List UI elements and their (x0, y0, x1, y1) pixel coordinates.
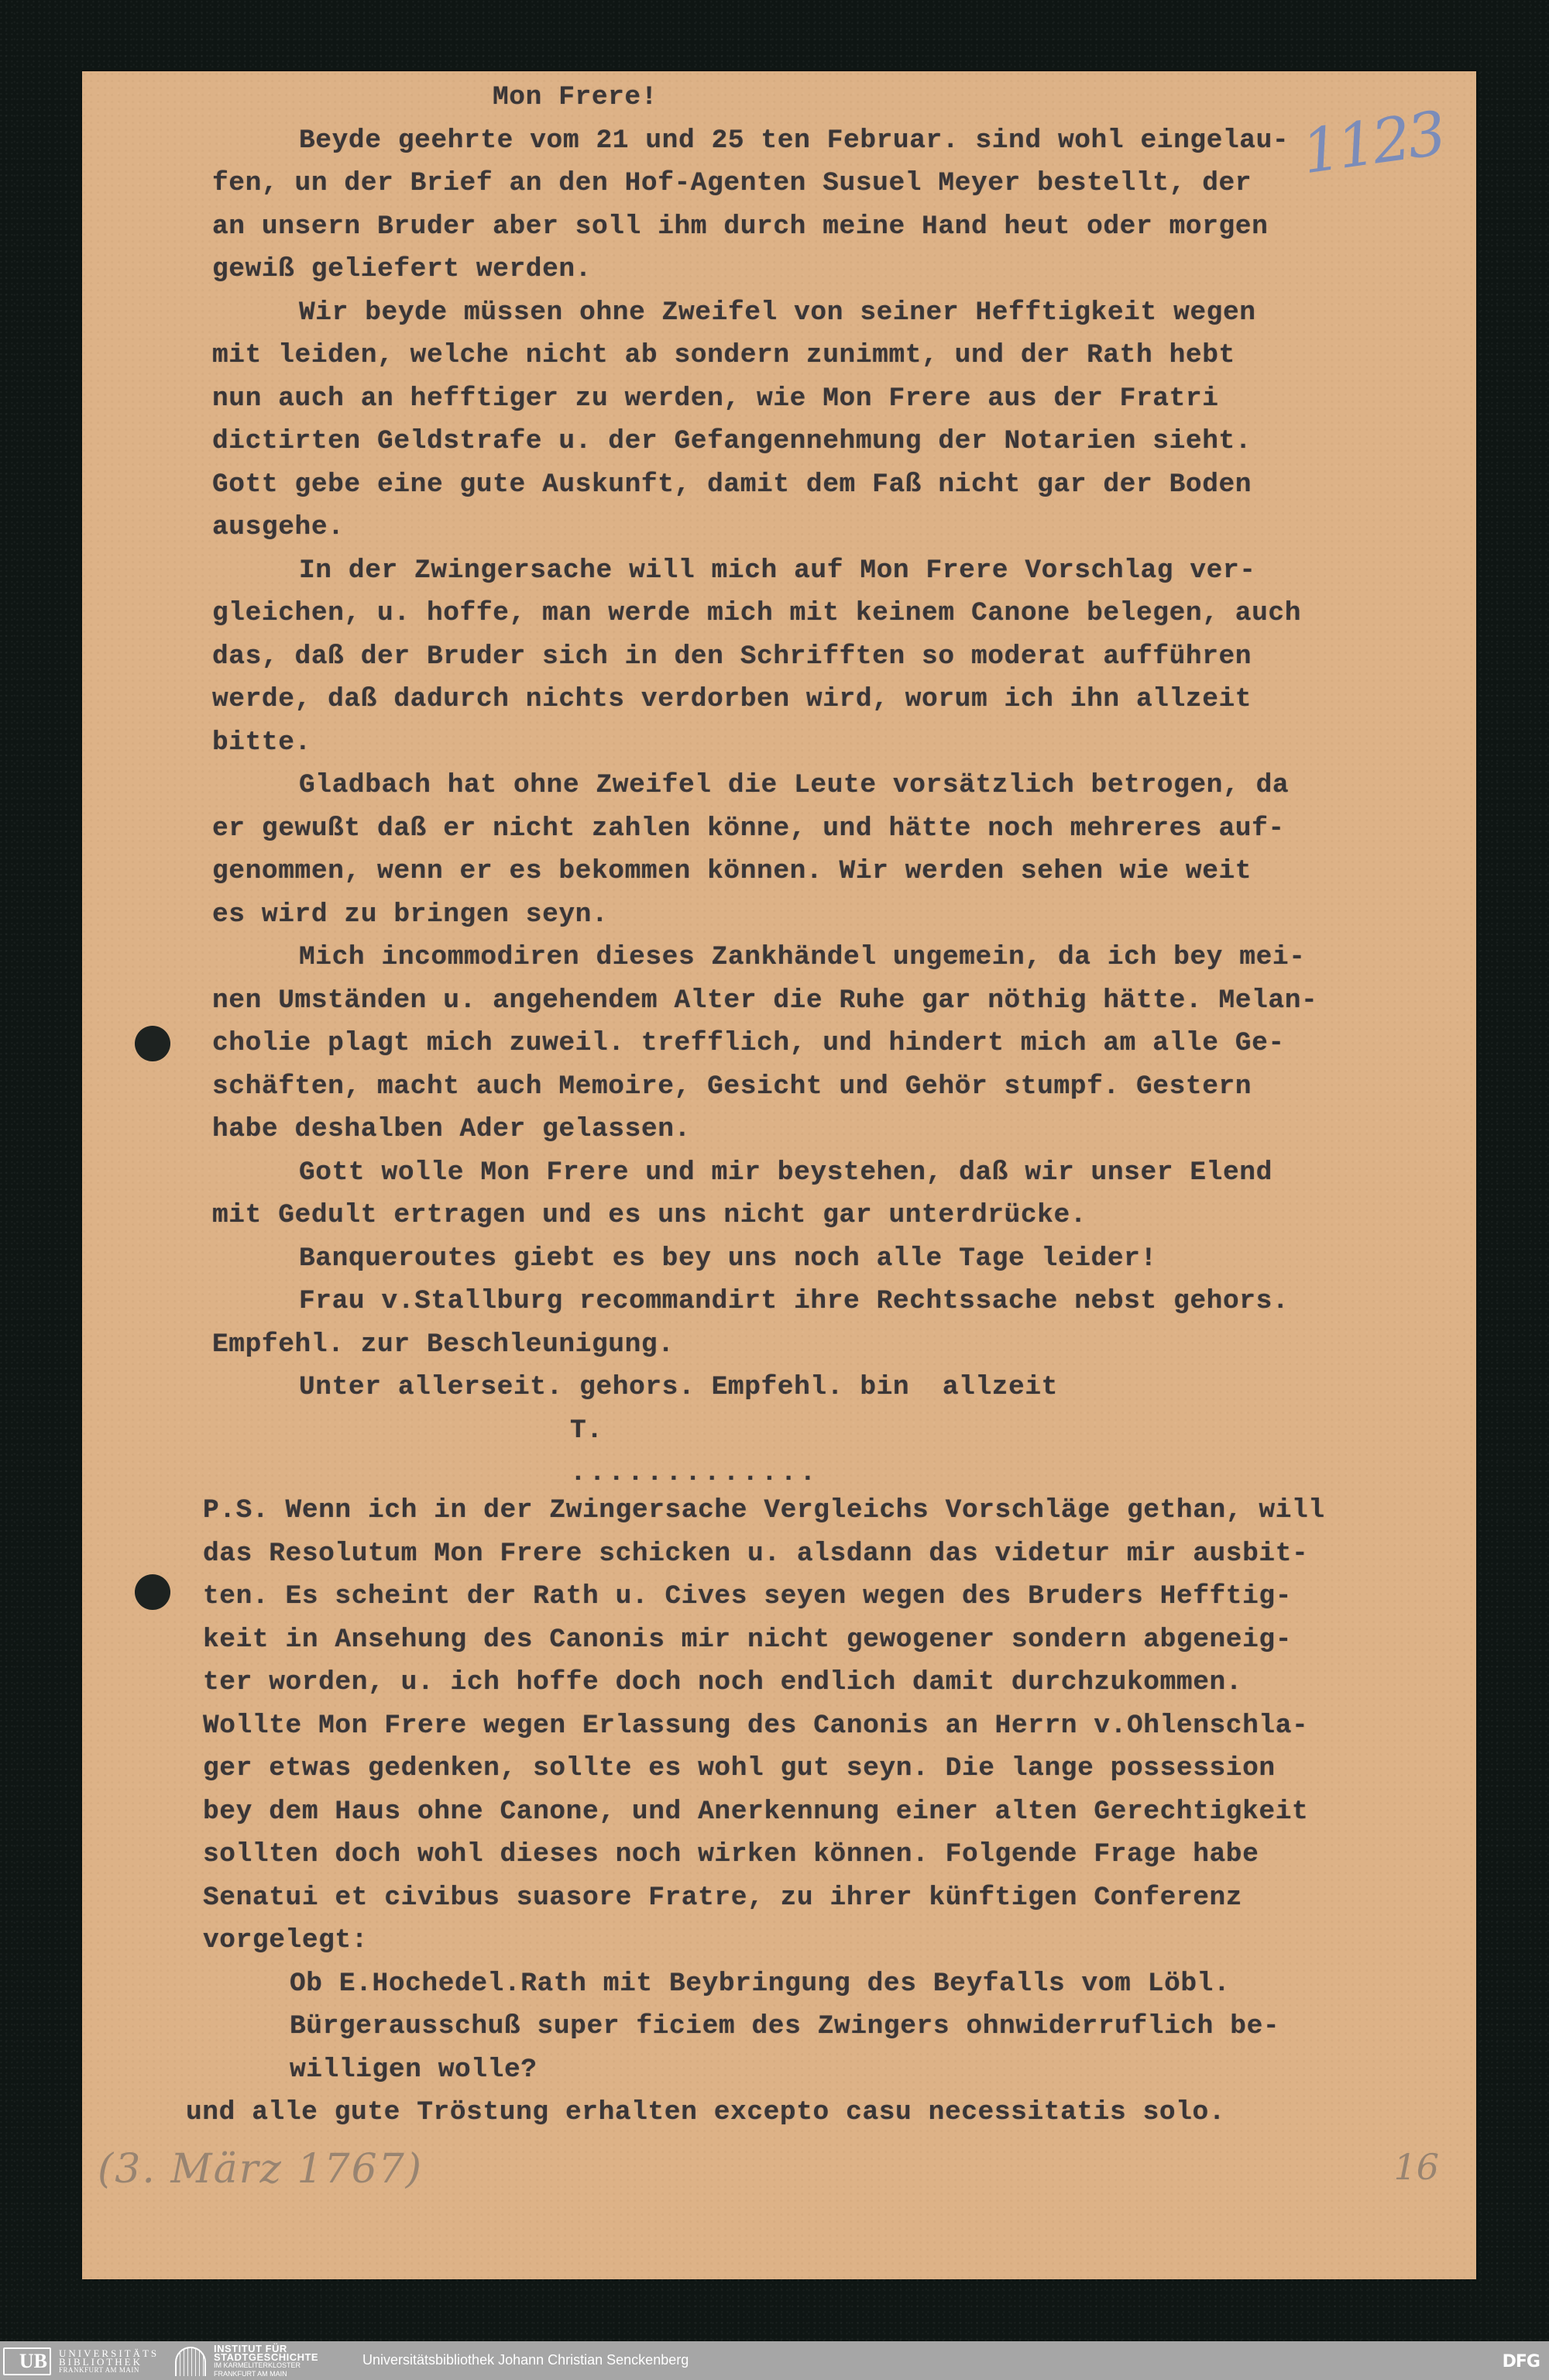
text-line: schäften, macht auch Memoire, Gesicht un… (212, 1065, 1405, 1109)
postscript-line: bey dem Haus ohne Canone, und Anerkennun… (203, 1790, 1405, 1834)
isg-logo-line: STADTGESCHICHTE (214, 2353, 318, 2361)
text-line: Gladbach hat ohne Zweifel die Leute vors… (212, 764, 1405, 807)
salutation: Mon Frere! (212, 76, 1405, 119)
postscript-line: vorgelegt: (203, 1919, 1405, 1962)
text-line: mit leiden, welche nicht ab sondern zuni… (212, 334, 1405, 377)
text-line: In der Zwingersache will mich auf Mon Fr… (212, 549, 1405, 593)
text-line: habe deshalben Ader gelassen. (212, 1108, 1405, 1151)
text-line: das, daß der Bruder sich in den Schrifft… (212, 635, 1405, 679)
ub-logo: UB UNIVERSITÄTS BIBLIOTHEK FRANKFURT AM … (3, 2347, 159, 2375)
text-line: gleichen, u. hoffe, man werde mich mit k… (212, 592, 1405, 635)
text-line: dictirten Geldstrafe u. der Gefangennehm… (212, 420, 1405, 463)
postscript-line: keit in Ansehung des Canonis mir nicht g… (203, 1618, 1405, 1662)
text-line: nun auch an hefftiger zu werden, wie Mon… (212, 377, 1405, 421)
signature: T. (212, 1409, 1405, 1453)
text-line: cholie plagt mich zuweil. trefflich, und… (212, 1022, 1405, 1065)
text-line: bitte. (212, 721, 1405, 765)
text-line: es wird zu bringen seyn. (212, 893, 1405, 937)
postscript-line: Senatui et civibus suasore Fratre, zu ih… (203, 1876, 1405, 1920)
question-line: Bürgerausschuß super ficiem des Zwingers… (212, 2005, 1405, 2048)
text-line: nen Umständen u. angehendem Alter die Ru… (212, 979, 1405, 1023)
footer-bar: UB UNIVERSITÄTS BIBLIOTHEK FRANKFURT AM … (0, 2341, 1549, 2380)
question-line: Ob E.Hochedel.Rath mit Beybringung des B… (212, 1962, 1405, 2006)
isg-logo: INSTITUT FÜR STADTGESCHICHTE IM KARMELIT… (175, 2347, 318, 2375)
text-line: Empfehl. zur Beschleunigung. (212, 1323, 1405, 1367)
postscript-line: Wollte Mon Frere wegen Erlassung des Can… (203, 1704, 1405, 1748)
text-line: Banqueroutes giebt es bey uns noch alle … (212, 1237, 1405, 1281)
separator-dots: ............. (212, 1452, 1405, 1489)
ub-logo-mark: UB (3, 2347, 51, 2375)
text-line: Beyde geehrte vom 21 und 25 ten Februar.… (212, 119, 1405, 163)
postscript-line: ten. Es scheint der Rath u. Cives seyen … (203, 1575, 1405, 1618)
letter-text: Mon Frere! Beyde geehrte vom 21 und 25 t… (212, 76, 1405, 2134)
text-line: Frau v.Stallburg recommandirt ihre Recht… (212, 1280, 1405, 1323)
postscript-line: P.S. Wenn ich in der Zwingersache Vergle… (203, 1489, 1405, 1532)
text-line: Gott gebe eine gute Auskunft, damit dem … (212, 463, 1405, 507)
closing-line: und alle gute Tröstung erhalten excepto … (186, 2091, 1405, 2134)
text-line: gewiß geliefert werden. (212, 248, 1405, 291)
text-line: genommen, wenn er es bekommen können. Wi… (212, 850, 1405, 893)
text-line: an unsern Bruder aber soll ihm durch mei… (212, 205, 1405, 249)
postscript-line: sollten doch wohl dieses noch wirken kön… (203, 1833, 1405, 1876)
pencil-date-note: (3. März 1767) (98, 2146, 423, 2193)
pencil-sheet-number: 16 (1393, 2146, 1439, 2188)
text-line: werde, daß dadurch nichts verdorben wird… (212, 678, 1405, 721)
text-line: fen, un der Brief an den Hof-Agenten Sus… (212, 162, 1405, 205)
text-line: Wir beyde müssen ohne Zweifel von seiner… (212, 291, 1405, 335)
footer-title: Universitätsbibliothek Johann Christian … (362, 2352, 689, 2368)
text-line: ausgehe. (212, 506, 1405, 549)
postscript-line: ger etwas gedenken, sollte es wohl gut s… (203, 1747, 1405, 1790)
text-line: Mich incommodiren dieses Zankhändel unge… (212, 936, 1405, 979)
punch-hole (135, 1026, 170, 1061)
gothic-arch-icon (175, 2347, 206, 2376)
text-line: Unter allerseit. gehors. Empfehl. bin al… (212, 1366, 1405, 1409)
ub-logo-line: FRANKFURT AM MAIN (59, 2366, 159, 2375)
text-line: er gewußt daß er nicht zahlen könne, und… (212, 807, 1405, 851)
question-line: willigen wolle? (212, 2048, 1405, 2092)
postscript-line: das Resolutum Mon Frere schicken u. alsd… (203, 1532, 1405, 1576)
text-line: Gott wolle Mon Frere und mir beystehen, … (212, 1151, 1405, 1195)
text-line: mit Gedult ertragen und es uns nicht gar… (212, 1194, 1405, 1237)
postscript-line: ter worden, u. ich hoffe doch noch endli… (203, 1661, 1405, 1704)
dfg-logo: DFG (1503, 2352, 1540, 2371)
isg-logo-line: FRANKFURT AM MAIN (214, 2370, 318, 2378)
punch-hole (135, 1574, 170, 1610)
